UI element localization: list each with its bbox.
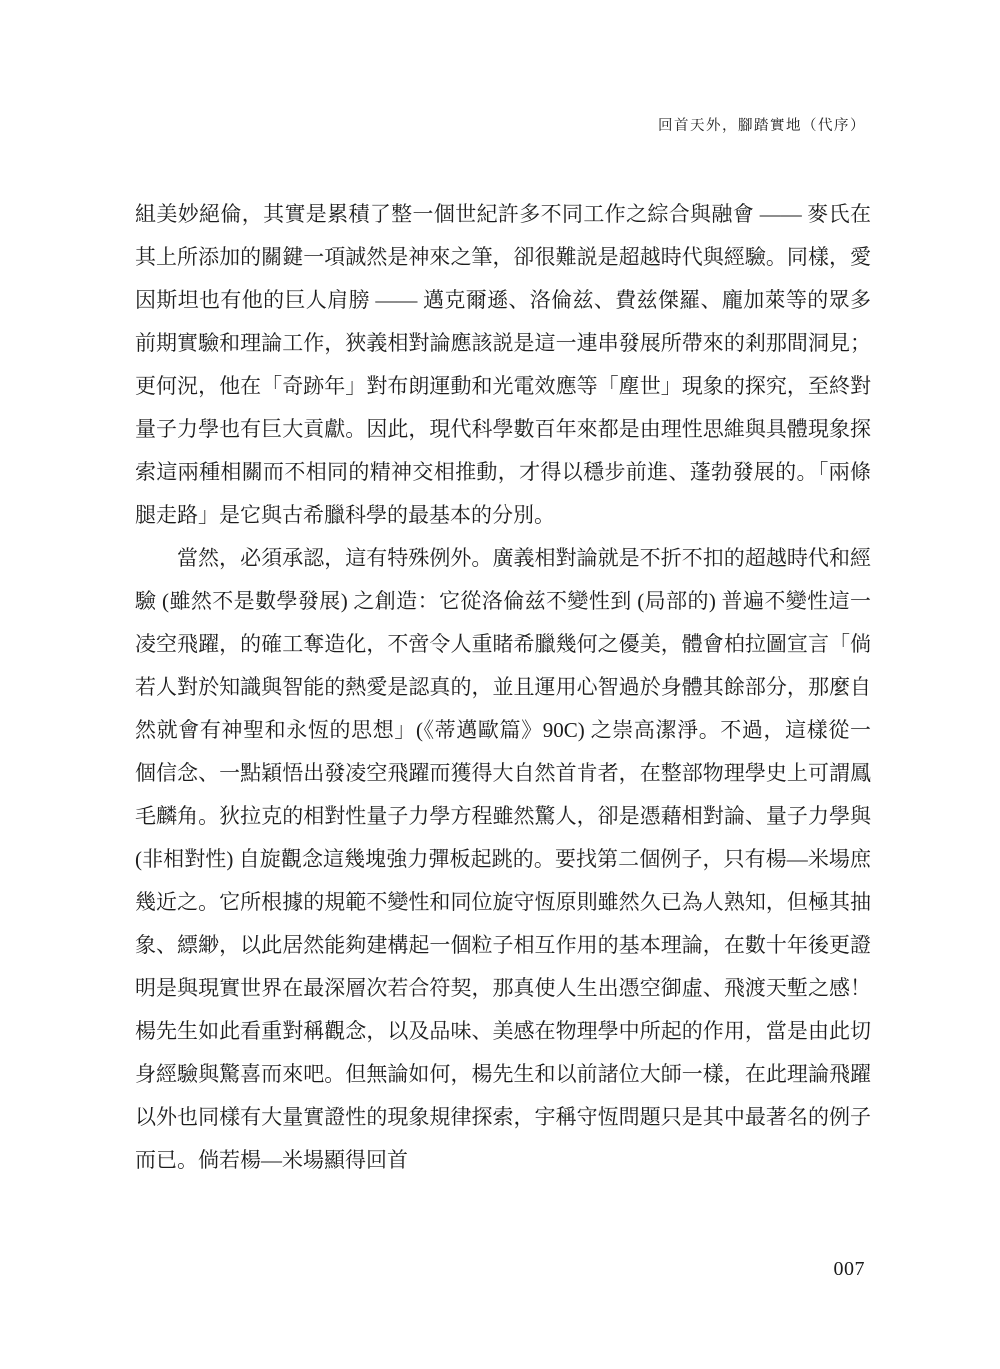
page-number: 007: [834, 1258, 866, 1281]
paragraph-2: 當然，必須承認，這有特殊例外。廣義相對論就是不折不扣的超越時代和經驗 (雖然不是…: [135, 537, 871, 1182]
body-text: 組美妙絕倫，其實是累積了整一個世紀許多不同工作之綜合與融會 —— 麥氏在其上所添…: [135, 193, 871, 1182]
running-head: 回首天外，腳踏實地（代序）: [658, 114, 866, 135]
book-page: 回首天外，腳踏實地（代序） 組美妙絕倫，其實是累積了整一個世紀許多不同工作之綜合…: [0, 0, 1000, 1369]
paragraph-1: 組美妙絕倫，其實是累積了整一個世紀許多不同工作之綜合與融會 —— 麥氏在其上所添…: [135, 193, 871, 537]
